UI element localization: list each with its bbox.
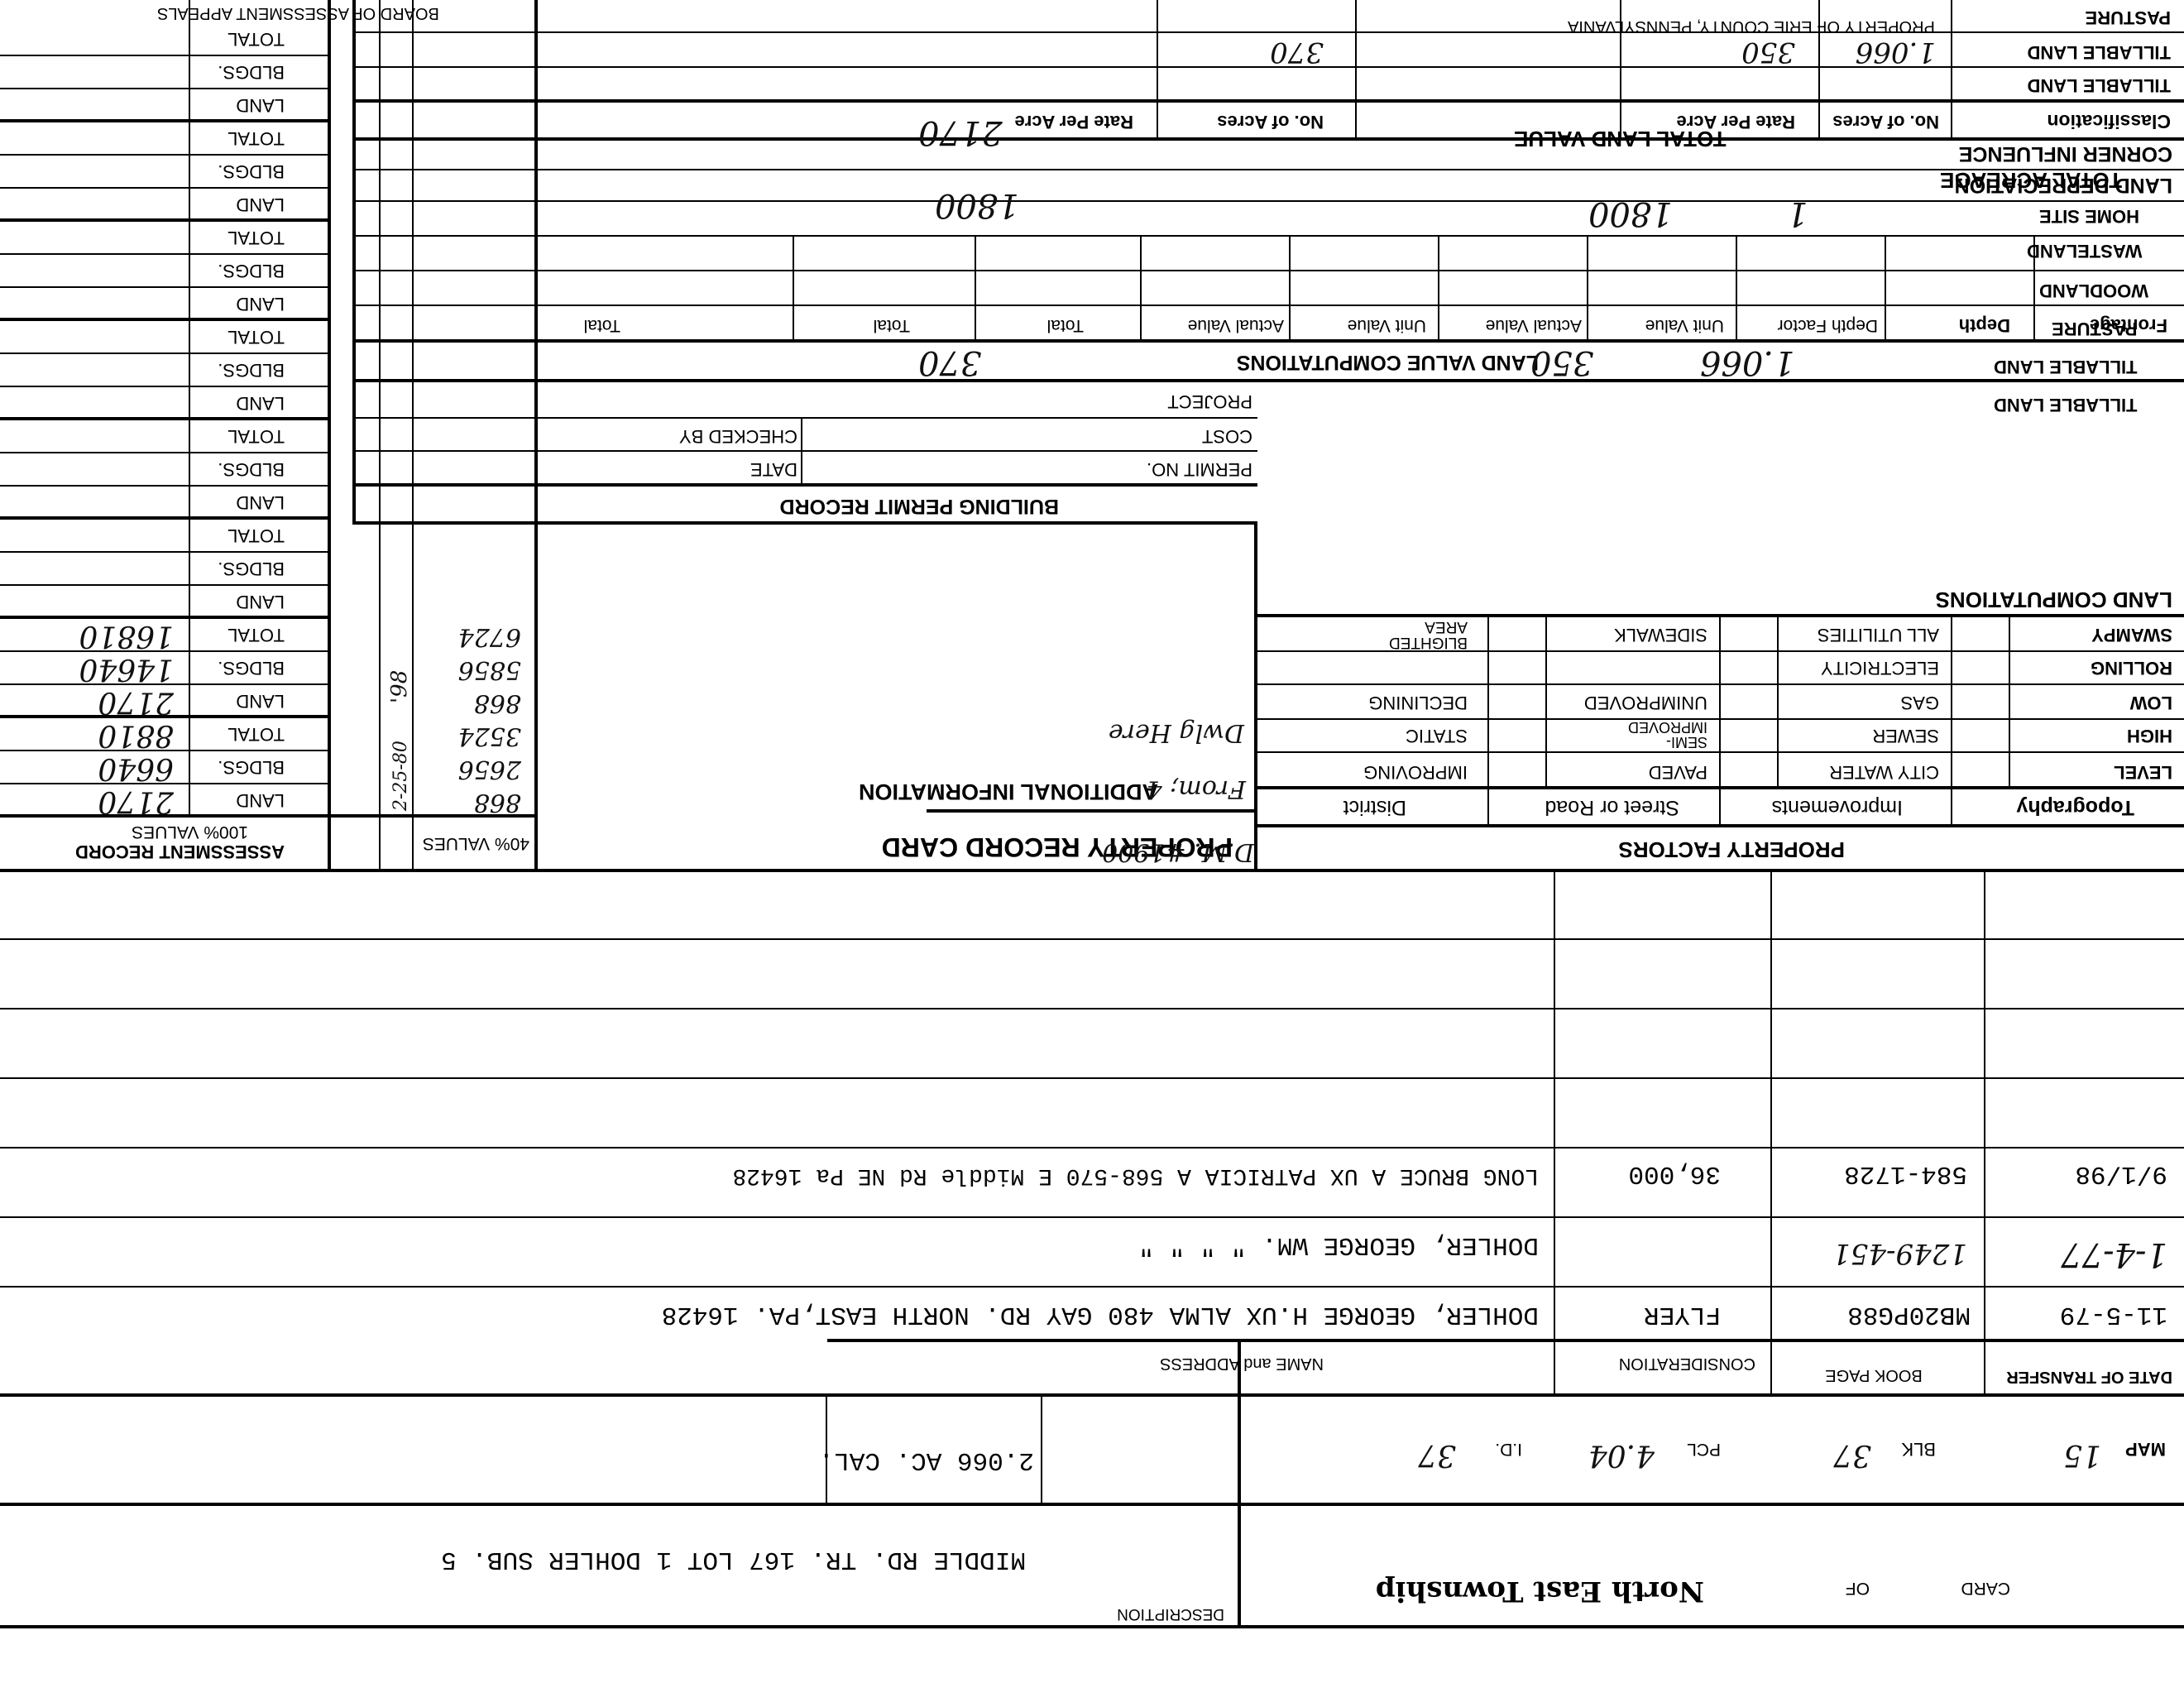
lvc-col-actual-value-2: Actual Value [1188,317,1284,334]
assessment-land-label: LAND [236,195,285,213]
assessment-bldgs-40: 2656 [458,756,521,781]
acreage-col-acres-2: No. of Acres [1217,113,1324,131]
id-label: I.D. [1495,1441,1522,1458]
transfer-name-address: DOHLER, GEORGE WM. " " " " [1138,1232,1539,1258]
factor-sewer: SEWER [1872,727,1939,745]
factor-all-utilities: ALL UTILITIES [1818,626,1939,644]
map-value: 15 [2063,1440,2101,1470]
assessment-land-label: LAND [236,493,285,511]
assessment-date-note: 2-25-80 [392,741,410,811]
assessment-land-label: LAND [236,295,285,313]
factor-col-improvements: Improvements [1772,797,1903,818]
assessment-total-label: TOTAL [227,526,285,544]
factor-unimproved: UNIMPROVED [1584,693,1707,712]
transfer-book-page: 1249-451 [1832,1240,1967,1268]
factor-rolling: ROLLING [2091,659,2172,677]
township-name: North East Township [1376,1577,1704,1605]
factor-declining: DECLINING [1368,693,1468,712]
handwritten-dm-number: D.M. #1900 [1102,839,1254,864]
description-label: DESCRIPTION [1117,1606,1224,1622]
factor-paved: PAVED [1649,763,1707,781]
acreage-col-acres-1: No. of Acres [1832,113,1939,131]
transfer-date: 1-4-77 [2061,1238,2167,1271]
land-value-computations-title: LAND VALUE COMPUTATIONS [1237,352,1539,372]
factor-electricity: ELECTRICITY [1821,659,1939,677]
factor-high: HIGH [2127,727,2172,745]
property-record-card: CARD OF North East Township DESCRIPTION … [0,0,2184,1688]
pcl-value: 4.04 [1588,1440,1655,1470]
lvc-col-total-1: Total [1047,317,1084,334]
factor-col-street: Street or Road [1545,797,1679,818]
transfer-col-name-address: NAME and ADDRESS [1160,1355,1324,1372]
transfer-col-book-page: BOOK PAGE [1812,1367,1936,1383]
blk-value: 37 [1833,1440,1871,1470]
factor-improving: IMPROVING [1363,763,1468,781]
assessment-total-label: TOTAL [227,427,285,445]
assessment-total-label: TOTAL [227,328,285,346]
acreage-row-pasture: PASTURE [2086,8,2172,26]
acreage-row-tillable-2: TILLABLE LAND [2027,43,2171,61]
card-of-label: OF [1846,1580,1870,1597]
assessment-bldgs-label: BLDGS. [218,659,285,677]
transfer-date: 11-5-79 [2060,1302,2167,1327]
lvc-col-frontage: Frontage [2090,316,2167,334]
transfer-date: 9/1/98 [2075,1161,2167,1187]
permit-cost-label: COST [1202,427,1252,445]
assessment-total-40: 3524 [458,723,521,748]
card-label: CARD [1961,1580,2010,1597]
lvc-col-unit-value-2: Unit Value [1348,317,1426,334]
assessment-land-100: 2170 [98,786,174,816]
assessment-bldgs-label: BLDGS. [218,63,285,81]
lvc-col-unit-value-1: Unit Value [1645,317,1724,334]
factor-col-district: District [1343,797,1406,818]
assessment-col-100: 100% VALUES [132,823,248,841]
assessment-land-label: LAND [236,592,285,611]
assessment-land-40: 868 [474,690,521,715]
factor-swampy: SWAMPY [2091,626,2172,644]
assessment-bldgs-label: BLDGS. [218,361,285,379]
assessment-year-note: '98 [389,670,410,703]
assessment-bldgs-label: BLDGS. [218,162,285,180]
factor-semi-improved: SEMI-IMPROVED [1608,720,1707,750]
acreage-col-rate-1: Rate Per Acre [1677,113,1795,131]
factor-blighted-area: BLIGHTED AREA [1352,619,1468,650]
assessment-total-40: 6724 [458,624,521,649]
blk-label: BLK [1901,1440,1936,1458]
transfer-consideration: FLYER [1644,1302,1721,1327]
lvc-col-depth-factor: Depth Factor [1778,317,1878,334]
assessment-bldgs-40: 5856 [458,657,521,682]
assessment-bldgs-label: BLDGS. [218,758,285,776]
transfer-name-address: LONG BRUCE A UX PATRICIA A 568-570 E Mid… [732,1163,1539,1187]
assessment-col-40: 40% VALUES [423,835,529,852]
lvc-col-total-2: Total [874,317,910,334]
building-permit-title: BUILDING PERMIT RECORD [780,496,1060,516]
assessment-total-100: 8810 [98,720,174,750]
assessment-bldgs-100: 6640 [98,753,174,783]
property-factors-title: PROPERTY FACTORS [1618,839,1845,861]
acreage-col-rate-2: Rate Per Acre [1015,113,1133,131]
id-value: 37 [1418,1440,1456,1470]
assessment-total-100: 16810 [79,621,174,650]
description-line1: MIDDLE RD. TR. 167 LOT 1 DOHLER SUB. 5 [441,1547,1026,1572]
factor-sidewalk: SIDEWALK [1614,626,1707,644]
map-label: MAP [2125,1440,2166,1458]
permit-date-label: DATE [750,460,797,478]
land-computations-title: LAND COMPUTATIONS [1936,589,2172,611]
assessment-total-label: TOTAL [227,228,285,247]
acreage-tillable-rate: 350 [1741,38,1795,66]
handwritten-from: From; 4 [1147,776,1246,801]
assessment-bldgs-100: 14640 [79,654,174,683]
factor-low: LOW [2130,693,2172,712]
acreage-col-classification: Classification [2047,112,2171,131]
assessment-total-label: TOTAL [227,30,285,48]
description-line2: 2.066 AC. CAL. [819,1447,1034,1473]
lvc-col-actual-value-1: Actual Value [1486,317,1582,334]
factor-static: STATIC [1406,727,1468,745]
factor-gas: GAS [1901,693,1939,712]
assessment-land-label: LAND [236,791,285,809]
lvc-col-total-3: Total [584,317,620,334]
land-depreciation-title: LAND DEPRECIATION [1955,175,2172,195]
assessment-land-label: LAND [236,692,285,710]
transfer-book-page: 584-1728 [1844,1161,1967,1187]
transfer-consideration: 36,000 [1628,1161,1721,1187]
assessment-total-label: TOTAL [227,725,285,743]
factor-level: LEVEL [2114,763,2172,781]
assessment-total-label: TOTAL [227,129,285,147]
handwritten-dwelling-note: Dwlg Here [1109,720,1244,745]
assessment-record-title: ASSESSMENT RECORD [75,842,285,861]
assessment-bldgs-label: BLDGS. [218,559,285,578]
transfer-name-address: DOHLER, GEORGE H.UX ALMA 480 GAY RD. NOR… [662,1302,1539,1327]
pcl-label: PCL [1687,1441,1721,1458]
permit-checked-by-label: CHECKED BY [679,427,797,445]
transfer-book-page: MB20PG88 [1847,1302,1971,1327]
assessment-bldgs-label: BLDGS. [218,261,285,280]
permit-no-label: PERMIT NO. [1147,460,1252,478]
acreage-tillable-value: 370 [1270,38,1324,66]
assessment-land-label: LAND [236,96,285,114]
acreage-row-tillable-1: TILLABLE LAND [2027,76,2171,94]
additional-info-label: ADDITIONAL INFORMATION [859,780,1158,803]
assessment-land-label: LAND [236,394,285,412]
permit-project-label: PROJECT [1167,392,1252,410]
factor-col-topography: Topography [2016,797,2134,818]
assessment-bldgs-label: BLDGS. [218,460,285,478]
lvc-col-depth: Depth [1959,316,2010,334]
assessment-land-40: 868 [474,789,521,814]
transfer-col-consideration: CONSIDERATION [1619,1355,1755,1372]
acreage-tillable-acres: 1.066 [1856,38,1936,66]
factor-city-water: CITY WATER [1829,763,1939,781]
assessment-total-label: TOTAL [227,626,285,644]
corner-influence-title: CORNER INFLUENCE [1959,143,2172,164]
assessment-land-100: 2170 [98,687,174,717]
transfer-col-date: DATE OF TRANSFER [1990,1369,2172,1385]
